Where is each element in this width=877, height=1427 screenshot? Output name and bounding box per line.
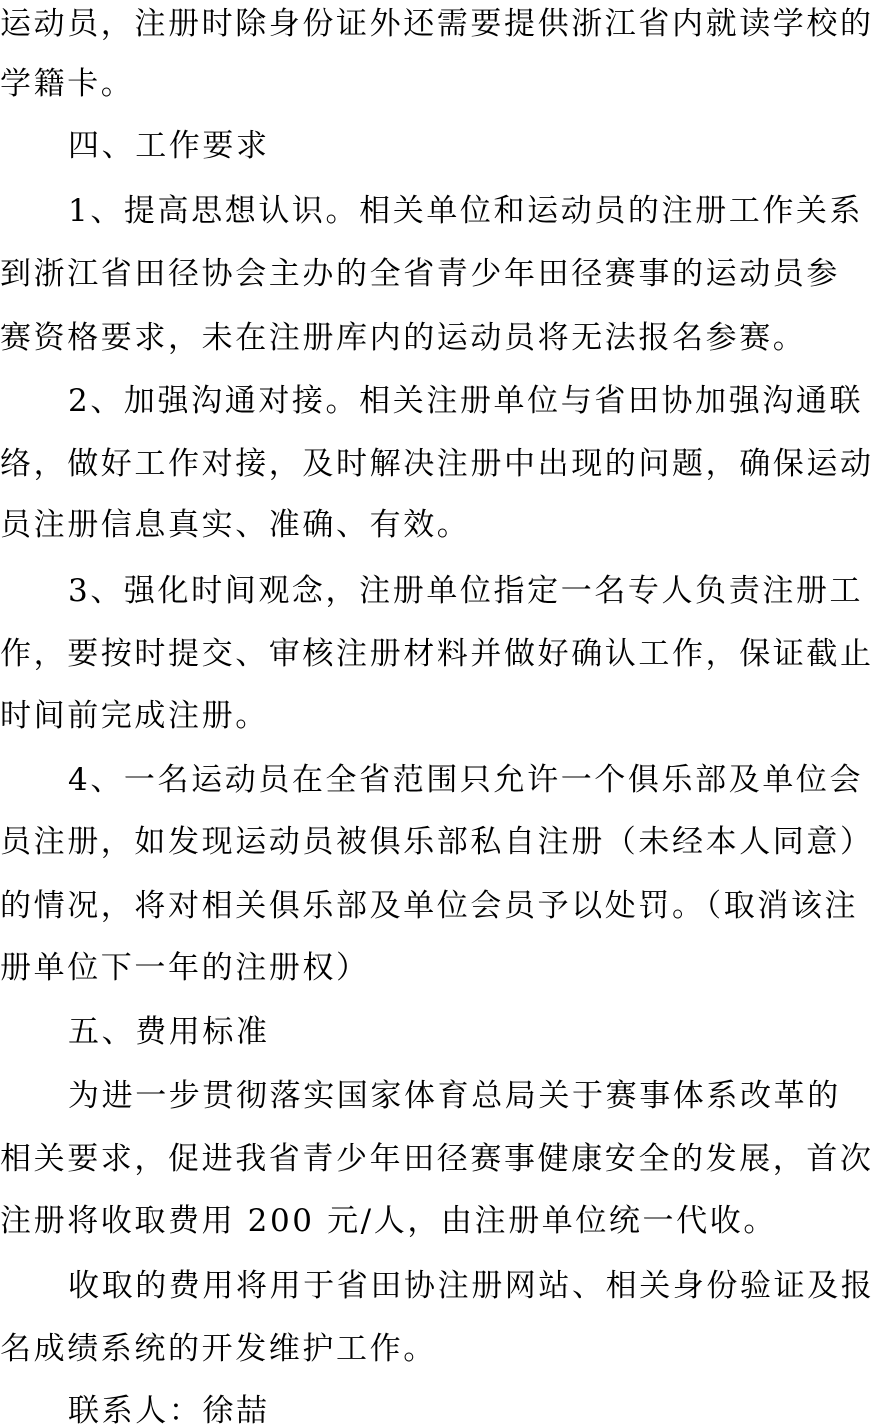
- contact-person: 联系人：徐喆: [68, 1389, 270, 1427]
- text-line: 收取的费用将用于省田协注册网站、相关身份验证及报: [68, 1264, 874, 1308]
- text-line: 员注册，如发现运动员被俱乐部私自注册（未经本人同意）: [0, 820, 874, 864]
- text-line: 相关要求，促进我省青少年田径赛事健康安全的发展，首次: [0, 1137, 874, 1181]
- text-line: 的情况，将对相关俱乐部及单位会员予以处罚。（取消该注: [0, 884, 858, 928]
- text-line: 运动员，注册时除身份证外还需要提供浙江省内就读学校的: [0, 2, 874, 46]
- text-line: 员注册信息真实、准确、有效。: [0, 503, 470, 547]
- text-line: 络，做好工作对接，及时解决注册中出现的问题，确保运动: [0, 442, 874, 486]
- text-line: 学籍卡。: [0, 62, 134, 106]
- text-line: 册单位下一年的注册权）: [0, 946, 370, 990]
- section-heading-fees: 五、费用标准: [68, 1010, 270, 1054]
- text-line: 1、提高思想认识。相关单位和运动员的注册工作关系: [68, 189, 863, 233]
- text-line: 2、加强沟通对接。相关注册单位与省田协加强沟通联: [68, 379, 863, 423]
- text-line: 到浙江省田径协会主办的全省青少年田径赛事的运动员参: [0, 252, 840, 296]
- text-line: 作，要按时提交、审核注册材料并做好确认工作，保证截止: [0, 632, 874, 676]
- text-line: 时间前完成注册。: [0, 694, 269, 738]
- text-line: 名成绩系统的开发维护工作。: [0, 1327, 437, 1371]
- text-line: 赛资格要求，未在注册库内的运动员将无法报名参赛。: [0, 316, 806, 360]
- section-heading-requirements: 四、工作要求: [68, 124, 270, 168]
- text-line: 注册将收取费用 200 元/人，由注册单位统一代收。: [0, 1199, 777, 1243]
- text-line: 为进一步贯彻落实国家体育总局关于赛事体系改革的: [68, 1074, 841, 1118]
- text-line: 4、一名运动员在全省范围只允许一个俱乐部及单位会: [68, 758, 863, 802]
- text-line: 3、强化时间观念，注册单位指定一名专人负责注册工: [68, 569, 863, 613]
